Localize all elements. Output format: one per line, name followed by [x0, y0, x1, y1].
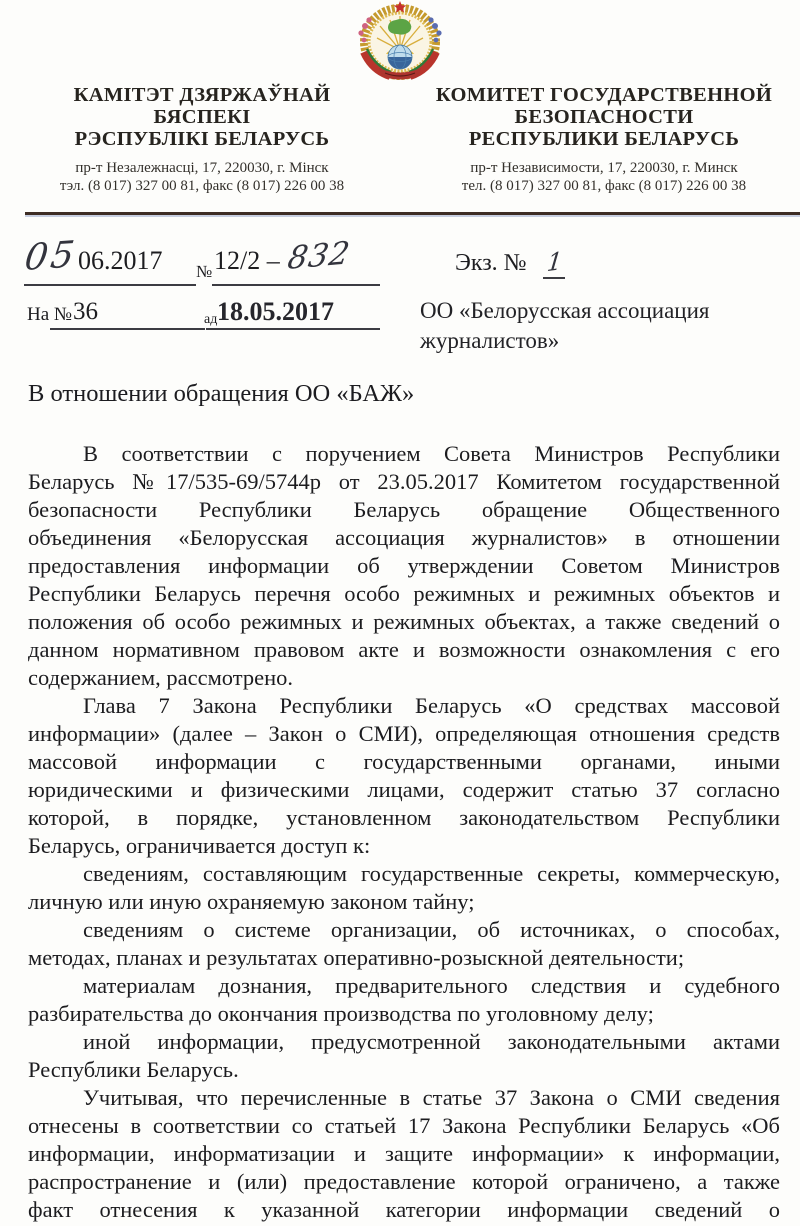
- body-line: разбирательства до окончания производств…: [28, 1000, 780, 1028]
- body-line: методах, планах и результатах оперативно…: [28, 944, 780, 972]
- org-title-ru-line3: РЕСПУБЛИКИ БЕЛАРУСЬ: [424, 128, 784, 150]
- letterhead-russian: КОМИТЕТ ГОСУДАРСТВЕННОЙ БЕЗОПАСНОСТИ РЕС…: [424, 84, 784, 195]
- outgoing-number-printed: 12/2 –: [214, 246, 280, 276]
- number-underline: [212, 284, 380, 286]
- org-address-ru: пр-т Независимости, 17, 220030, г. Минск: [424, 159, 784, 177]
- addressee-line1: ОО «Белорусская ассоциация: [420, 296, 790, 326]
- body-line: факт отнесения к указанной категории инф…: [28, 1196, 780, 1224]
- body-line: сведениям, составляющим государственные …: [28, 860, 780, 888]
- body-line: личную или иную охраняемую законом тайну…: [28, 888, 780, 916]
- copy-number-label: Экз. №: [455, 250, 527, 277]
- org-title-by-line3: РЭСПУБЛІКІ БЕЛАРУСЬ: [22, 128, 382, 150]
- body-line: сведениям о системе организации, об исто…: [28, 916, 780, 944]
- copy-number-handwritten: 1: [546, 247, 564, 278]
- letterhead-divider: [25, 212, 800, 215]
- org-title-by-line1: КАМІТЭТ ДЗЯРЖАЎНАЙ: [22, 84, 382, 106]
- body-line: В соответствии с поручением Совета Минис…: [28, 440, 780, 468]
- body-line: Беларусь, ограничивается доступ к:: [28, 832, 780, 860]
- body-line: Республики Беларусь.: [28, 1056, 780, 1084]
- body-line: юридическими и физическими лицами, содер…: [28, 776, 780, 804]
- reply-number-underline: [50, 328, 205, 330]
- reply-reference-label: На №: [27, 304, 72, 326]
- body-line: Республики Беларусь перечня особо режимн…: [28, 580, 780, 608]
- body-line: безопасности Республики Беларусь обращен…: [28, 496, 780, 524]
- reply-date-underline: [206, 328, 380, 330]
- handwritten-day: 05: [22, 234, 80, 279]
- printed-month-year: 06.2017: [78, 246, 163, 276]
- body-line: которой, в порядке, установленном законо…: [28, 804, 780, 832]
- reply-date-label: ад: [204, 312, 217, 328]
- belarus-coat-of-arms-icon: [352, 0, 448, 80]
- letterhead-belarusian: КАМІТЭТ ДЗЯРЖАЎНАЙ БЯСПЕКІ РЭСПУБЛІКІ БЕ…: [22, 84, 382, 195]
- body-line: Глава 7 Закона Республики Беларусь «О ср…: [28, 692, 780, 720]
- org-title-by-line2: БЯСПЕКІ: [22, 106, 382, 128]
- org-address-by: пр-т Незалежнасці, 17, 220030, г. Мінск: [22, 159, 382, 177]
- addressee-line2: журналистов»: [420, 326, 790, 356]
- body-line: содержанием, рассмотрено.: [28, 664, 780, 692]
- body-line: отнесены в соответствии со статьей 17 За…: [28, 1112, 780, 1140]
- body-line: положения об особо режимных и режимных о…: [28, 608, 780, 636]
- body-line: объединения «Белорусская ассоциация журн…: [28, 524, 780, 552]
- body-line: Учитывая, что перечисленные в статье 37 …: [28, 1084, 780, 1112]
- body-line: материалам дознания, предварительного сл…: [28, 972, 780, 1000]
- number-sign-label: №: [196, 262, 212, 282]
- letter-body: В соответствии с поручением Совета Минис…: [28, 440, 780, 1224]
- body-line: предоставления информации об утверждении…: [28, 552, 780, 580]
- subject-line: В отношении обращения ОО «БАЖ»: [28, 380, 414, 408]
- body-line: Беларусь №17/535-69/5744р от 23.05.2017 …: [28, 468, 780, 496]
- org-phone-by: тэл. (8 017) 327 00 81, факс (8 017) 226…: [22, 177, 382, 195]
- body-line: массовой информации с государственными о…: [28, 748, 780, 776]
- body-line: информации, информатизации и защите инфо…: [28, 1140, 780, 1168]
- body-line: данном нормативном правовом акте и возмо…: [28, 636, 780, 664]
- date-underline: [24, 284, 196, 286]
- org-phone-ru: тел. (8 017) 327 00 81, факс (8 017) 226…: [424, 177, 784, 195]
- reply-date: 18.05.2017: [217, 297, 334, 327]
- scanned-letter-page: КАМІТЭТ ДЗЯРЖАЎНАЙ БЯСПЕКІ РЭСПУБЛІКІ БЕ…: [0, 0, 800, 1226]
- addressee-block: ОО «Белорусская ассоциация журналистов»: [420, 296, 790, 356]
- body-line: распространение и (или) предоставление к…: [28, 1168, 780, 1196]
- org-title-ru-line2: БЕЗОПАСНОСТИ: [424, 106, 784, 128]
- outgoing-number-handwritten: 832: [285, 235, 353, 277]
- reply-reference-number: 36: [73, 298, 98, 326]
- org-title-ru-line1: КОМИТЕТ ГОСУДАРСТВЕННОЙ: [424, 84, 784, 106]
- copy-number-underline: [543, 277, 565, 279]
- body-line: информации» (далее – Закон о СМИ), опред…: [28, 720, 780, 748]
- body-line: иной информации, предусмотренной законод…: [28, 1028, 780, 1056]
